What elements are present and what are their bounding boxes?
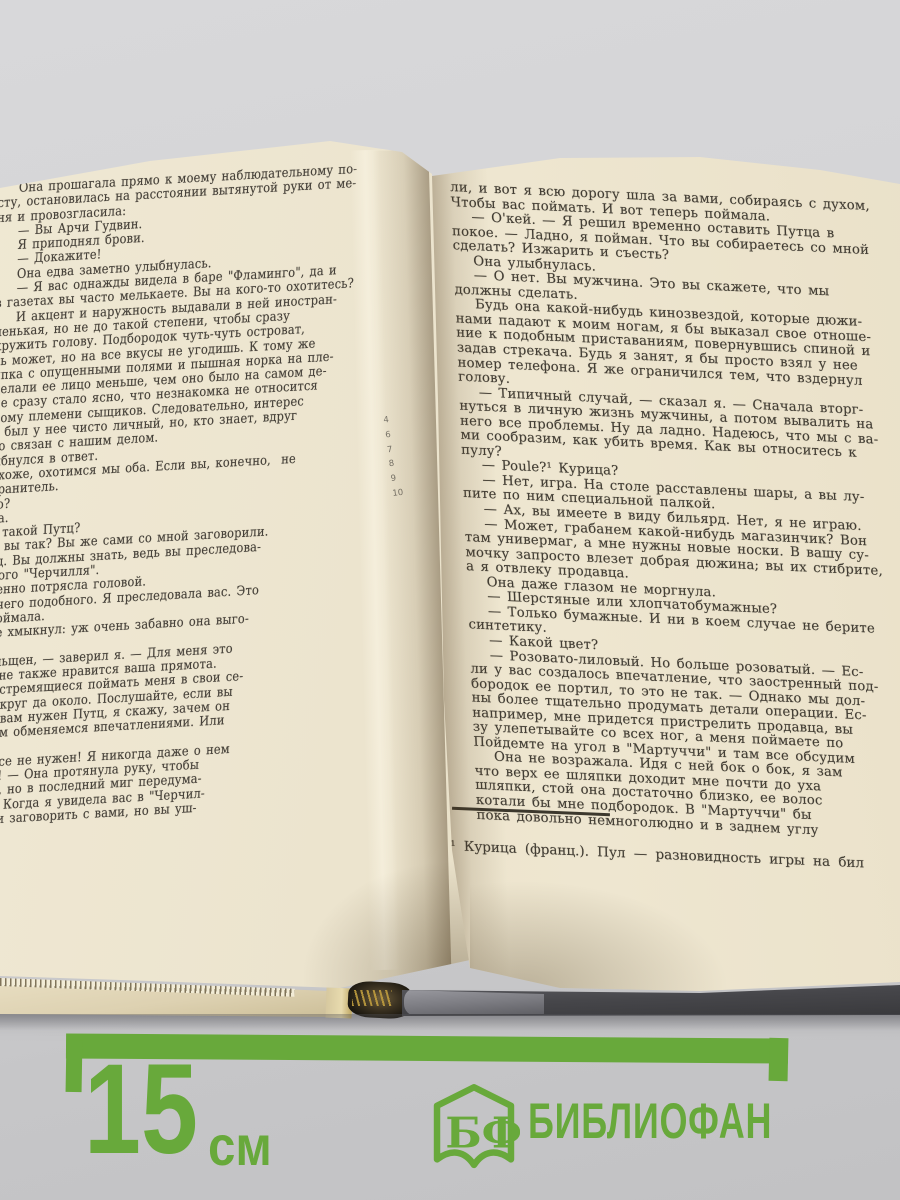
open-book-icon: БФ <box>428 1078 520 1176</box>
binding-threads <box>352 990 392 1006</box>
brand-initials: БФ <box>445 1108 520 1158</box>
gutter-shadow-left-bottom <box>300 860 480 990</box>
photo-of-open-book: Она прошагала прямо к моему наблюдательн… <box>0 0 900 1200</box>
ruler-length-label: 15 <box>84 1046 198 1174</box>
brand-name: БИБЛИОФАН <box>528 1096 772 1146</box>
gutter-shadow-right-bottom <box>470 880 730 1000</box>
scale-bar <box>66 1033 788 1063</box>
scale-right-tick <box>769 1038 789 1081</box>
footnote-text: ¹ Курица (франц.). Пул — разновидность и… <box>450 838 900 874</box>
right-page-text: ли, и вот я всю дорогу шла за вами, соби… <box>450 181 900 847</box>
scale-left-tick <box>66 1040 83 1092</box>
ruler-unit-label: см <box>208 1118 272 1174</box>
book-contact-shadow <box>0 1014 900 1030</box>
